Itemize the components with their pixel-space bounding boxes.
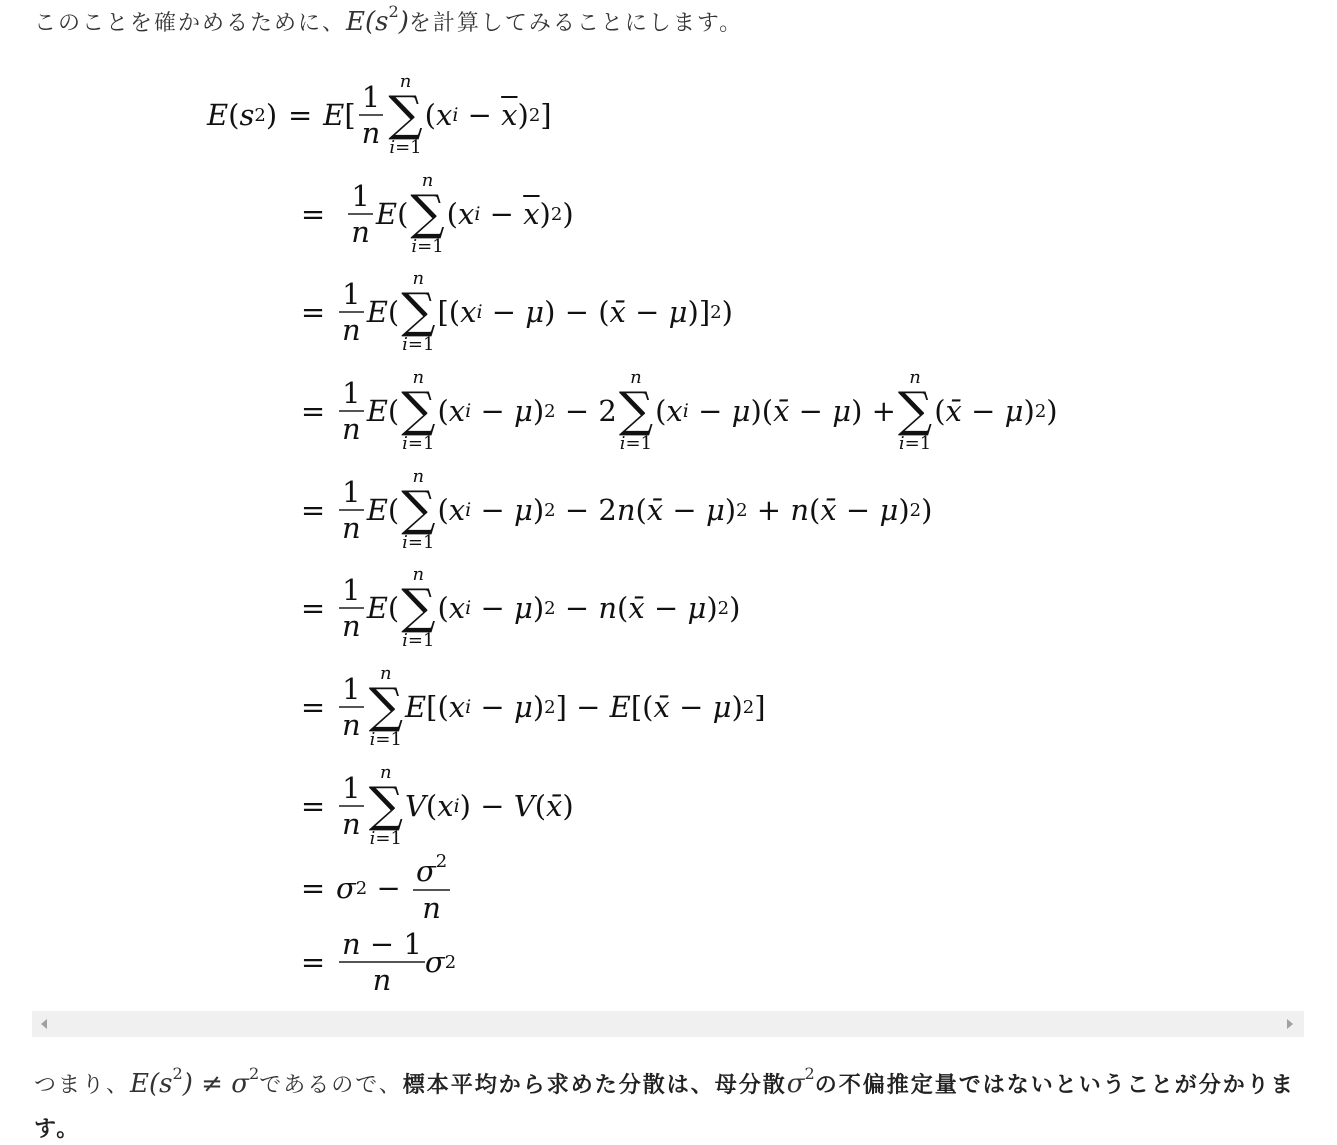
intro-text-after: を計算してみることにします。	[409, 11, 743, 36]
scroll-left-arrow-icon[interactable]	[41, 1019, 47, 1029]
conclusion-text-mid: であるので、	[259, 1073, 403, 1098]
equation-step-5: = 1nE( n∑i=1 (xi − μ)2 − 2n(x̄ − μ)2 + n…	[290, 460, 932, 560]
conclusion-paragraph: つまり、E(s2) ≠ σ2であるので、標本平均から求めた分散は、母分散σ2の不…	[34, 1062, 1304, 1145]
conclusion-bold-math: σ2	[787, 1069, 815, 1099]
equation-step-9: = σ2 − σ2n	[290, 848, 453, 928]
scroll-right-arrow-icon[interactable]	[1287, 1019, 1293, 1029]
equation-step-6: = 1nE( n∑i=1 (xi − μ)2 − n(x̄ − μ)2)	[290, 558, 740, 658]
conclusion-text-before: つまり、	[34, 1073, 130, 1098]
equation-step-2: = 1nE( n∑i=1 (xi − x)2)	[290, 164, 574, 264]
equation-step-8: = 1n n∑i=1 V(xi) − V(x̄)	[290, 756, 574, 856]
intro-paragraph: このことを確かめるために、E(s2)を計算してみることにします。	[34, 0, 743, 46]
equation-step-3: = 1nE( n∑i=1 [(xi − μ) − (x̄ − μ)]2)	[290, 262, 733, 362]
intro-text-before: このことを確かめるために、	[34, 11, 346, 36]
derivation-block[interactable]: E(s2) = E[ 1n n∑i=1 (xi − x)2] = 1nE( n∑…	[32, 52, 1304, 1012]
equation-step-1: E(s2) = E[ 1n n∑i=1 (xi − x)2]	[207, 65, 552, 165]
equation-step-7: = 1n n∑i=1 E[(xi − μ)2] − E[(x̄ − μ)2]	[290, 657, 766, 757]
intro-math: E(s2)	[346, 7, 409, 37]
equation-step-4: = 1nE( n∑i=1 (xi − μ)2 − 2 n∑i=1 (xi − μ…	[290, 361, 1058, 461]
conclusion-bold-part1: 標本平均から求めた分散は、母分散	[403, 1073, 787, 1098]
equation-step-10: = n − 1nσ2	[290, 922, 456, 1002]
horizontal-scrollbar[interactable]	[32, 1011, 1304, 1037]
conclusion-math: E(s2) ≠ σ2	[130, 1069, 259, 1099]
